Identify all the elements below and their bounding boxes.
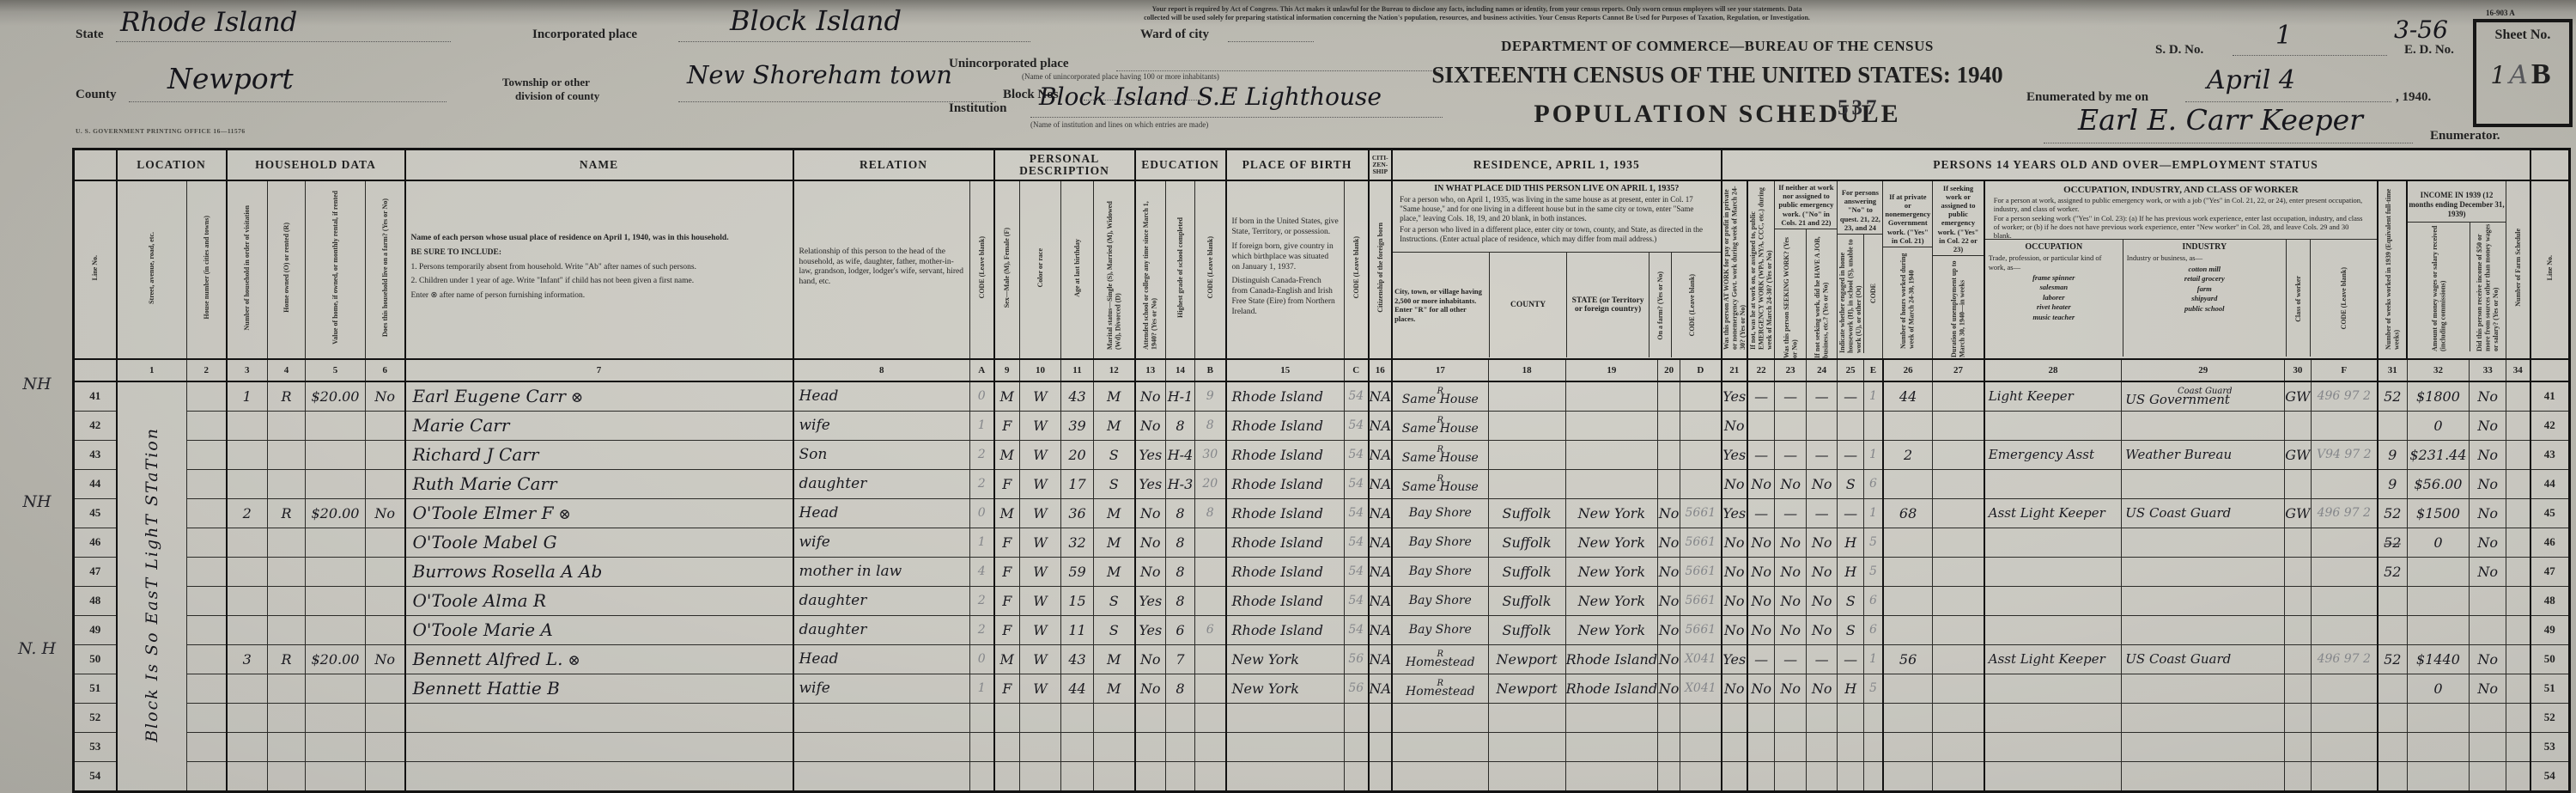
cell-w23 <box>1775 703 1807 732</box>
cell-name: Earl Eugene Carr⊗ <box>405 381 793 412</box>
cell-mar <box>1094 732 1135 761</box>
cell-dur <box>1933 528 1984 557</box>
cell-cit: NA <box>1369 469 1393 498</box>
col-header-have-job: If not seeking work, did he HAVE A JOB, … <box>1806 229 1837 358</box>
cell-hnum <box>187 557 227 586</box>
cell-rstate <box>1565 440 1658 469</box>
cell-hrs <box>1883 732 1933 761</box>
cell-cE: 1 <box>1863 381 1882 412</box>
col-header-code-f: CODE (Leave blank) <box>2310 240 2377 357</box>
cell-ten <box>268 732 306 761</box>
ed-value: 3-56 <box>2394 15 2448 44</box>
cell-w21 <box>1722 732 1747 761</box>
cell-bpl: New York <box>1226 674 1345 703</box>
cell-cB <box>1195 674 1226 703</box>
institution-caption: (Name of institution and lines on which … <box>1030 120 1208 129</box>
cell-hrs: 2 <box>1883 440 1933 469</box>
schedule-row-49: 49O'Toole Marie Adaughter2FW11SYes66Rhod… <box>74 615 2570 644</box>
answering-no-group-header: For persons answering "No" to quest. 21,… <box>1838 180 1883 359</box>
group-residence: RESIDENCE, APRIL 1, 1935 <box>1392 149 1722 181</box>
cell-wks: 9 <box>2378 469 2407 498</box>
schedule-row-50: 503R$20.00NoBennett Alfred L.⊗Head0MW43M… <box>74 644 2570 674</box>
cell-w25: — <box>1838 498 1864 528</box>
line-number-left: 44 <box>74 469 117 498</box>
cell-w21: No <box>1722 528 1747 557</box>
cell-farm: No <box>366 381 405 412</box>
cell-sex: F <box>994 528 1020 557</box>
cell-cA <box>970 761 994 791</box>
cell-w25 <box>1838 732 1864 761</box>
cell-wage: 0 <box>2407 674 2470 703</box>
cell-wks <box>2378 761 2407 791</box>
cell-oth <box>2470 703 2506 732</box>
cell-hrs <box>1883 674 1933 703</box>
cell-oth: No <box>2470 498 2506 528</box>
cell-hh <box>227 469 268 498</box>
cell-cD: 5661 <box>1680 528 1722 557</box>
cell-w25: S <box>1838 615 1864 644</box>
cell-race: W <box>1020 615 1061 644</box>
cell-fsch <box>2506 469 2530 498</box>
cell-hh <box>227 411 268 440</box>
cell-sex <box>994 703 1020 732</box>
schedule-row-51: 51Bennett Hattie Bwife1FW44MNo8New York5… <box>74 674 2570 703</box>
cell-rstate <box>1565 703 1658 732</box>
cell-cit: NA <box>1369 674 1393 703</box>
cell-farm <box>366 586 405 615</box>
line-number-left: 51 <box>74 674 117 703</box>
cell-race: W <box>1020 557 1061 586</box>
cell-w25: H <box>1838 557 1864 586</box>
cell-w23: — <box>1775 498 1807 528</box>
cell-rel: daughter <box>793 469 970 498</box>
col-header-emergency-work: If not, was he at work on, or assigned t… <box>1747 180 1775 359</box>
cell-rcounty <box>1488 761 1565 791</box>
cell-name <box>405 732 793 761</box>
cell-rfarm <box>1658 381 1680 412</box>
cell-cB: 20 <box>1195 469 1226 498</box>
cell-cC: 56 <box>1345 644 1369 674</box>
cell-industry <box>2122 411 2285 440</box>
cell-cit: NA <box>1369 440 1393 469</box>
cell-farm <box>366 557 405 586</box>
cell-rcounty <box>1488 469 1565 498</box>
cell-wks <box>2378 674 2407 703</box>
cell-hrs <box>1883 557 1933 586</box>
col-num-2: 2 <box>187 359 227 381</box>
residence-header: IN WHAT PLACE DID THIS PERSON LIVE ON AP… <box>1392 180 1722 359</box>
cell-cE: 1 <box>1863 498 1882 528</box>
cell-rfarm: No <box>1658 615 1680 644</box>
cell-rel: daughter <box>793 615 970 644</box>
col-num-31: 31 <box>2378 359 2407 381</box>
cell-w25: H <box>1838 674 1864 703</box>
col-header-relation: Relationship of this person to the head … <box>793 180 970 359</box>
line-number-right: 43 <box>2530 440 2570 469</box>
cell-rcounty: Newport <box>1488 644 1565 674</box>
cell-w25: S <box>1838 469 1864 498</box>
cell-rel: daughter <box>793 586 970 615</box>
cell-oth: No <box>2470 411 2506 440</box>
cell-w22 <box>1747 732 1775 761</box>
cell-val <box>306 586 366 615</box>
cell-dur <box>1933 761 1984 791</box>
cell-bpl: Rhode Island <box>1226 411 1345 440</box>
cell-cC: 56 <box>1345 674 1369 703</box>
cell-race: W <box>1020 528 1061 557</box>
cell-hnum <box>187 586 227 615</box>
cell-rstate: New York <box>1565 615 1658 644</box>
group-name: NAME <box>405 149 793 181</box>
cell-residence-city: Bay Shore <box>1392 615 1488 644</box>
cell-name: Bennett Alfred L.⊗ <box>405 644 793 674</box>
cell-cow <box>2285 732 2311 761</box>
line-number-right: 48 <box>2530 586 2570 615</box>
cell-rstate: Rhode Island <box>1565 644 1658 674</box>
cell-cow <box>2285 469 2311 498</box>
col-num-13: 13 <box>1135 359 1166 381</box>
cell-industry: US Coast Guard <box>2122 644 2285 674</box>
signature-rule <box>2044 136 2413 143</box>
col-num-F: F <box>2311 359 2378 381</box>
cell-oth <box>2470 615 2506 644</box>
cell-residence-city <box>1392 732 1488 761</box>
enumerator-label: Enumerator. <box>2430 129 2500 143</box>
col-header-engaged-class: Indicate whether engaged in home housewo… <box>1838 235 1863 353</box>
cell-cE: 6 <box>1863 615 1882 644</box>
enum-date-value: April 4 <box>2207 65 2295 95</box>
col-header-line-no: Line No. <box>74 180 117 359</box>
cell-hrs <box>1883 469 1933 498</box>
col-num-14: 14 <box>1166 359 1195 381</box>
cell-residence-city <box>1392 761 1488 791</box>
cell-cA: 1 <box>970 411 994 440</box>
unincorporated-label: Unincorporated place <box>949 57 1069 71</box>
cell-cB <box>1195 528 1226 557</box>
printing-office-note: U. S. GOVERNMENT PRINTING OFFICE 16—1157… <box>76 127 246 135</box>
cell-occ <box>1984 761 2122 791</box>
cell-occ: Asst Light Keeper <box>1984 644 2122 674</box>
cell-cB <box>1195 703 1226 732</box>
cell-rfarm <box>1658 703 1680 732</box>
income-group-header: INCOME IN 1939 (12 months ending Decembe… <box>2407 180 2506 359</box>
cell-age: 36 <box>1061 498 1094 528</box>
cell-cB <box>1195 644 1226 674</box>
cell-wks <box>2378 703 2407 732</box>
cell-ten <box>268 528 306 557</box>
cell-sex: F <box>994 586 1020 615</box>
cell-rcounty: Newport <box>1488 674 1565 703</box>
cell-industry <box>2122 674 2285 703</box>
cell-rfarm: No <box>1658 557 1680 586</box>
cell-w25 <box>1838 411 1864 440</box>
cell-cE <box>1863 732 1882 761</box>
cell-hh <box>227 674 268 703</box>
cell-name: O'Toole Marie A <box>405 615 793 644</box>
line-number-left: 47 <box>74 557 117 586</box>
cell-fsch <box>2506 703 2530 732</box>
cell-wage <box>2407 557 2470 586</box>
cell-dur <box>1933 498 1984 528</box>
cell-ten <box>268 674 306 703</box>
cell-sex: F <box>994 674 1020 703</box>
cell-cC <box>1345 732 1369 761</box>
schedule-row-48: 48O'Toole Alma Rdaughter2FW15SYes8Rhode … <box>74 586 2570 615</box>
cell-fsch <box>2506 411 2530 440</box>
cell-rcounty <box>1488 381 1565 412</box>
cell-val <box>306 440 366 469</box>
cell-rstate: New York <box>1565 528 1658 557</box>
col-num-20: 20 <box>1658 359 1680 381</box>
cell-name: Ruth Marie Carr <box>405 469 793 498</box>
line-number-left: 48 <box>74 586 117 615</box>
cell-cA: 0 <box>970 381 994 412</box>
cell-hnum <box>187 381 227 412</box>
cell-rstate <box>1565 761 1658 791</box>
cell-cB: 6 <box>1195 615 1226 644</box>
cell-cC: 54 <box>1345 498 1369 528</box>
cell-bpl: Rhode Island <box>1226 381 1345 412</box>
cell-rel: Head <box>793 498 970 528</box>
cell-cow <box>2285 761 2311 791</box>
cell-hrs: 68 <box>1883 498 1933 528</box>
cell-grd: 8 <box>1166 674 1195 703</box>
cell-oth <box>2470 732 2506 761</box>
cell-name: O'Toole Mabel G <box>405 528 793 557</box>
cell-mar: S <box>1094 469 1135 498</box>
population-schedule-table: LOCATION HOUSEHOLD DATA NAME RELATION PE… <box>72 148 2571 793</box>
cell-dur <box>1933 674 1984 703</box>
cell-bpl: Rhode Island <box>1226 586 1345 615</box>
cell-sch: No <box>1135 528 1166 557</box>
cell-w21: Yes <box>1722 498 1747 528</box>
cell-fsch <box>2506 586 2530 615</box>
schedule-rows: 41Block Is So EasT LighT STaTion1R$20.00… <box>74 381 2570 792</box>
col-header-home-value: Value of home, if owned, or monthly rent… <box>306 180 366 359</box>
schedule-row-41: 41Block Is So EasT LighT STaTion1R$20.00… <box>74 381 2570 412</box>
cell-cE: 6 <box>1863 469 1882 498</box>
cell-ten <box>268 469 306 498</box>
cell-hrs <box>1883 615 1933 644</box>
col-num-6: 6 <box>366 359 405 381</box>
col-num-27: 27 <box>1933 359 1984 381</box>
cell-age: 32 <box>1061 528 1094 557</box>
cell-dur <box>1933 615 1984 644</box>
cell-w25: — <box>1838 644 1864 674</box>
cell-cF <box>2311 586 2378 615</box>
cell-mar: M <box>1094 557 1135 586</box>
cell-w22: No <box>1747 528 1775 557</box>
line-number-right: 46 <box>2530 528 2570 557</box>
cell-mar: M <box>1094 498 1135 528</box>
cell-farm: No <box>366 498 405 528</box>
cell-wage: 0 <box>2407 411 2470 440</box>
line-number-right: 53 <box>2530 732 2570 761</box>
line-number-left: 54 <box>74 761 117 791</box>
cell-cB <box>1195 586 1226 615</box>
cell-sch <box>1135 732 1166 761</box>
cell-ten <box>268 761 306 791</box>
cell-cD <box>1680 411 1722 440</box>
cell-cit: NA <box>1369 498 1393 528</box>
col-header-res-city: City, town, or village having 2,500 or m… <box>1393 253 1489 357</box>
cell-cC: 54 <box>1345 615 1369 644</box>
cell-industry <box>2122 528 2285 557</box>
col-num-30: 30 <box>2285 359 2311 381</box>
col-num-33: 33 <box>2470 359 2506 381</box>
cell-sch: No <box>1135 498 1166 528</box>
cell-cF <box>2311 615 2378 644</box>
cell-cit <box>1369 732 1393 761</box>
cell-mar: S <box>1094 615 1135 644</box>
cell-farm <box>366 411 405 440</box>
cell-sex: M <box>994 440 1020 469</box>
cell-wage: $56.00 <box>2407 469 2470 498</box>
cell-val <box>306 761 366 791</box>
cell-occ <box>1984 528 2122 557</box>
cell-cD <box>1680 732 1722 761</box>
cell-hnum <box>187 732 227 761</box>
cell-rfarm <box>1658 440 1680 469</box>
census-title: SIXTEENTH CENSUS OF THE UNITED STATES: 1… <box>1297 62 2138 88</box>
cell-cB <box>1195 761 1226 791</box>
cell-industry <box>2122 469 2285 498</box>
privacy-notice: Your report is required by Act of Congre… <box>936 5 2018 22</box>
cell-cA: 0 <box>970 644 994 674</box>
cell-age: 43 <box>1061 644 1094 674</box>
cell-rfarm: No <box>1658 498 1680 528</box>
cell-w21: No <box>1722 615 1747 644</box>
col-header-age: Age at last birthday <box>1061 180 1094 359</box>
schedule-title: POPULATION SCHEDULE <box>1374 100 2061 129</box>
cell-w24 <box>1806 703 1838 732</box>
cell-cF <box>2311 674 2378 703</box>
cell-farm <box>366 761 405 791</box>
cell-cF: V94 97 2 <box>2311 440 2378 469</box>
cell-w22: — <box>1747 644 1775 674</box>
cell-cE: 5 <box>1863 557 1882 586</box>
col-num-21: 21 <box>1722 359 1747 381</box>
cell-hrs <box>1883 703 1933 732</box>
cell-val: $20.00 <box>306 381 366 412</box>
col-header-household-number: Number of household in order of visitati… <box>227 180 268 359</box>
cell-sex: F <box>994 411 1020 440</box>
cell-rcounty: Suffolk <box>1488 557 1565 586</box>
cell-rcounty <box>1488 703 1565 732</box>
line-number-right: 47 <box>2530 557 2570 586</box>
cell-mar: S <box>1094 586 1135 615</box>
cell-cE: 6 <box>1863 586 1882 615</box>
cell-cA: 1 <box>970 528 994 557</box>
cell-wage <box>2407 732 2470 761</box>
cell-cC: 54 <box>1345 411 1369 440</box>
cell-w22 <box>1747 703 1775 732</box>
cell-wage <box>2407 761 2470 791</box>
cell-cA: 2 <box>970 440 994 469</box>
cell-rstate: New York <box>1565 586 1658 615</box>
cell-bpl: Rhode Island <box>1226 498 1345 528</box>
col-num-24: 24 <box>1806 359 1838 381</box>
col-num-17: 17 <box>1392 359 1488 381</box>
cell-dur <box>1933 440 1984 469</box>
cell-rcounty: Suffolk <box>1488 498 1565 528</box>
sd-value: 1 <box>2275 21 2292 51</box>
cell-industry <box>2122 557 2285 586</box>
cell-cow <box>2285 411 2311 440</box>
cell-dur <box>1933 586 1984 615</box>
col-num-34: 34 <box>2506 359 2530 381</box>
cell-cit: NA <box>1369 644 1393 674</box>
cell-sex <box>994 761 1020 791</box>
cell-cF: 496 97 2 <box>2311 381 2378 412</box>
cell-fsch <box>2506 440 2530 469</box>
margin-note-nh: NH <box>7 492 67 511</box>
cell-cit: NA <box>1369 586 1393 615</box>
schedule-row-54: 5454 <box>74 761 2570 791</box>
group-line <box>74 149 117 181</box>
cell-farm <box>366 615 405 644</box>
cell-w23: No <box>1775 674 1807 703</box>
cell-cow <box>2285 674 2311 703</box>
col-num-18: 18 <box>1488 359 1565 381</box>
col-header-line-no-right: Line No. <box>2530 180 2570 359</box>
cell-sex <box>994 732 1020 761</box>
col-num-11: 11 <box>1061 359 1094 381</box>
cell-mar: M <box>1094 381 1135 412</box>
cell-w21: Yes <box>1722 440 1747 469</box>
cell-w25 <box>1838 703 1864 732</box>
cell-residence-city: RSame House <box>1392 411 1488 440</box>
cell-cD <box>1680 761 1722 791</box>
cell-grd: 8 <box>1166 411 1195 440</box>
cell-cC <box>1345 703 1369 732</box>
cell-rfarm <box>1658 761 1680 791</box>
cell-cit <box>1369 761 1393 791</box>
cell-race <box>1020 703 1061 732</box>
cell-hnum <box>187 469 227 498</box>
cell-mar: M <box>1094 528 1135 557</box>
cell-wage: $1800 <box>2407 381 2470 412</box>
cell-w22 <box>1747 411 1775 440</box>
cell-mar <box>1094 703 1135 732</box>
cell-rfarm: No <box>1658 528 1680 557</box>
cell-w22 <box>1747 761 1775 791</box>
institution-label: Institution <box>949 101 1007 116</box>
cell-rel: wife <box>793 411 970 440</box>
cell-industry <box>2122 703 2285 732</box>
cell-fsch <box>2506 528 2530 557</box>
col-header-weeks-worked: Number of weeks worked in 1939 (Equivale… <box>2378 180 2407 359</box>
cell-residence-city: RSame House <box>1392 440 1488 469</box>
cell-industry <box>2122 732 2285 761</box>
cell-cA: 2 <box>970 469 994 498</box>
cell-residence-city: RHomestead <box>1392 674 1488 703</box>
col-num-C: C <box>1345 359 1369 381</box>
col-num-29: 29 <box>2122 359 2285 381</box>
col-num-28: 28 <box>1984 359 2122 381</box>
cell-sex: F <box>994 469 1020 498</box>
cell-w25: — <box>1838 381 1864 412</box>
cell-farm <box>366 528 405 557</box>
col-header-code-c: CODE (Leave blank) <box>1345 180 1369 359</box>
cell-wks <box>2378 411 2407 440</box>
cell-dur <box>1933 703 1984 732</box>
incorporated-value: Block Island <box>730 4 902 37</box>
cell-val <box>306 674 366 703</box>
cell-bpl <box>1226 703 1345 732</box>
cell-w24: No <box>1806 674 1838 703</box>
cell-age: 15 <box>1061 586 1094 615</box>
